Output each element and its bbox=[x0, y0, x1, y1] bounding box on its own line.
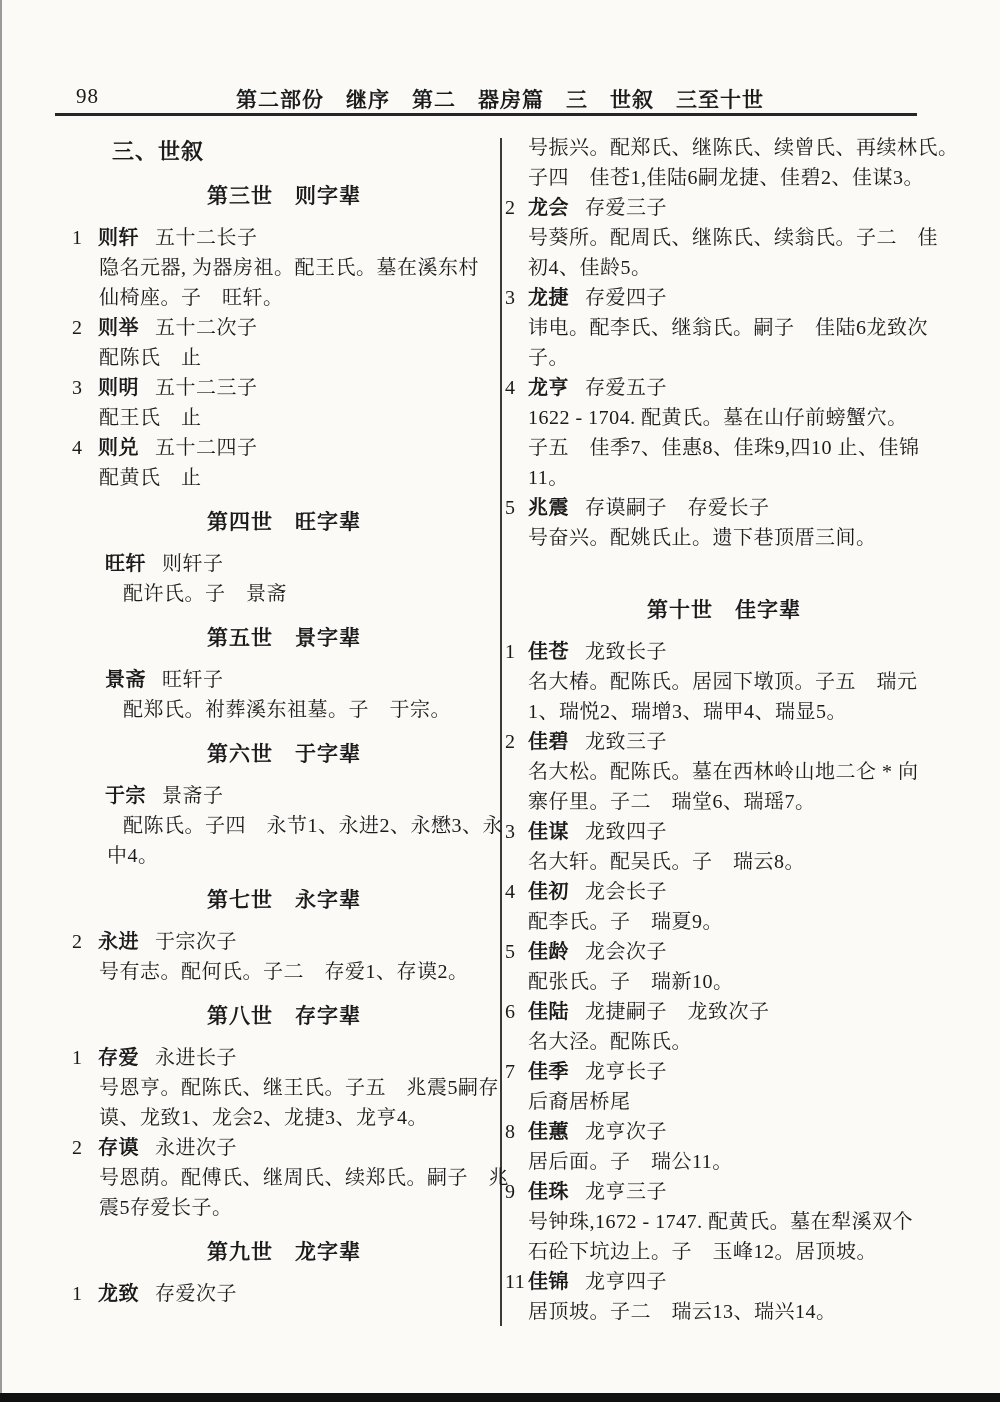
entry-relation: 五十二三子 bbox=[155, 377, 258, 399]
detail-line: 名大轩。配吴氏。子 瑞云8。 bbox=[505, 847, 943, 877]
detail-line: 初4、佳龄5。 bbox=[505, 253, 943, 283]
page-header: 第二部份 继序 第二 器房篇 三 世叙 三至十世 bbox=[0, 84, 1000, 114]
entry-name: 则兑 bbox=[98, 437, 139, 459]
detail-line: 中4。 bbox=[72, 841, 496, 871]
entry-name: 龙亨 bbox=[528, 377, 569, 399]
entry-number: 5 bbox=[505, 937, 528, 967]
entry-name: 则明 bbox=[98, 377, 139, 399]
generation-heading: 第六世 于字辈 bbox=[72, 739, 496, 769]
detail-line: 配陈氏。子四 永节1、永进2、永懋3、永 bbox=[72, 811, 496, 841]
entry-relation: 存爱三子 bbox=[585, 197, 667, 219]
scanned-genealogy-page: 98 第二部份 继序 第二 器房篇 三 世叙 三至十世 三、世叙第三世 则字辈1… bbox=[0, 0, 1000, 1402]
right-column: 号振兴。配郑氏、继陈氏、续曾氏、再续林氏。子四 佳苍1,佳陆6嗣龙捷、佳碧2、佳… bbox=[505, 133, 943, 1327]
entry-relation: 永进次子 bbox=[155, 1137, 237, 1159]
generation-heading: 第八世 存字辈 bbox=[72, 1001, 496, 1031]
entry-line: 7佳季龙亨长子 bbox=[505, 1057, 943, 1087]
detail-line: 子五 佳季7、佳惠8、佳珠9,四10 止、佳锦 bbox=[505, 433, 943, 463]
entry-number: 8 bbox=[505, 1117, 528, 1147]
scan-edge-artifact-left bbox=[0, 0, 2, 1402]
entry-line: 2龙会存爱三子 bbox=[505, 193, 943, 223]
section-title: 三、世叙 bbox=[72, 137, 496, 167]
detail-line: 子。 bbox=[505, 343, 943, 373]
detail-line: 号钟珠,1672 - 1747. 配黄氏。墓在犁溪双个 bbox=[505, 1207, 943, 1237]
entry-name: 则轩 bbox=[98, 227, 139, 249]
entry-name: 旺轩 bbox=[105, 553, 146, 575]
entry-name: 龙致 bbox=[98, 1283, 139, 1305]
entry-relation: 景斋子 bbox=[162, 785, 224, 807]
entry-line: 9佳珠龙亨三子 bbox=[505, 1177, 943, 1207]
generation-heading: 第三世 则字辈 bbox=[72, 181, 496, 211]
detail-line: 配李氏。子 瑞夏9。 bbox=[505, 907, 943, 937]
detail-line: 隐名元器, 为器房祖。配王氏。墓在溪东村 bbox=[72, 253, 496, 283]
entry-line: 3龙捷存爱四子 bbox=[505, 283, 943, 313]
entry-number: 2 bbox=[72, 1133, 98, 1163]
entry-line: 景斋旺轩子 bbox=[72, 665, 496, 695]
entry-relation: 则轩子 bbox=[162, 553, 224, 575]
generation-heading: 第九世 龙字辈 bbox=[72, 1237, 496, 1267]
entry-line: 2永进于宗次子 bbox=[72, 927, 496, 957]
entry-number: 4 bbox=[72, 433, 98, 463]
entry-name: 永进 bbox=[98, 931, 139, 953]
entry-relation: 五十二长子 bbox=[155, 227, 258, 249]
entry-line: 3佳谋龙致四子 bbox=[505, 817, 943, 847]
entry-number: 3 bbox=[505, 283, 528, 313]
entry-relation: 龙致长子 bbox=[585, 641, 667, 663]
generation-heading: 第四世 旺字辈 bbox=[72, 507, 496, 537]
entry-line: 4龙亨存爱五子 bbox=[505, 373, 943, 403]
entry-line: 2则举五十二次子 bbox=[72, 313, 496, 343]
detail-line: 号恩荫。配傅氏、继周氏、续郑氏。嗣子 兆 bbox=[72, 1163, 496, 1193]
detail-line: 名大椿。配陈氏。居园下墩顶。子五 瑞元 bbox=[505, 667, 943, 697]
entry-number: 7 bbox=[505, 1057, 528, 1087]
detail-line: 号奋兴。配姚氏止。遗下巷顶厝三间。 bbox=[505, 523, 943, 553]
scan-edge-artifact-bottom bbox=[0, 1393, 1000, 1402]
detail-line: 名大泾。配陈氏。 bbox=[505, 1027, 943, 1057]
detail-line: 配陈氏 止 bbox=[72, 343, 496, 373]
entry-number: 3 bbox=[72, 373, 98, 403]
detail-line: 居顶坡。子二 瑞云13、瑞兴14。 bbox=[505, 1297, 943, 1327]
entry-name: 佳碧 bbox=[528, 731, 569, 753]
entry-number: 5 bbox=[505, 493, 528, 523]
detail-line: 震5存爱长子。 bbox=[72, 1193, 496, 1223]
entry-number: 4 bbox=[505, 373, 528, 403]
detail-line: 号恩亨。配陈氏、继王氏。子五 兆震5嗣存 bbox=[72, 1073, 496, 1103]
detail-line: 配许氏。子 景斋 bbox=[72, 579, 496, 609]
entry-name: 兆震 bbox=[528, 497, 569, 519]
entry-name: 存爱 bbox=[98, 1047, 139, 1069]
entry-line: 5兆震存谟嗣子 存爱长子 bbox=[505, 493, 943, 523]
detail-line: 后裔居桥尾 bbox=[505, 1087, 943, 1117]
detail-line: 谟、龙致1、龙会2、龙捷3、龙亨4。 bbox=[72, 1103, 496, 1133]
entry-number: 4 bbox=[505, 877, 528, 907]
detail-line: 寨仔里。子二 瑞堂6、瑞瑶7。 bbox=[505, 787, 943, 817]
entry-line: 8佳蕙龙亨次子 bbox=[505, 1117, 943, 1147]
entry-number: 1 bbox=[505, 637, 528, 667]
entry-relation: 龙亨三子 bbox=[585, 1181, 667, 1203]
entry-relation: 龙会长子 bbox=[585, 881, 667, 903]
detail-line: 号有志。配何氏。子二 存爱1、存谟2。 bbox=[72, 957, 496, 987]
entry-relation: 存爱四子 bbox=[585, 287, 667, 309]
entry-line: 11佳锦龙亨四子 bbox=[505, 1267, 943, 1297]
detail-line: 配黄氏 止 bbox=[72, 463, 496, 493]
detail-line: 子四 佳苍1,佳陆6嗣龙捷、佳碧2、佳谋3。 bbox=[505, 163, 943, 193]
entry-line: 2佳碧龙致三子 bbox=[505, 727, 943, 757]
entry-relation: 龙会次子 bbox=[585, 941, 667, 963]
entry-number: 2 bbox=[72, 927, 98, 957]
generation-heading: 第五世 景字辈 bbox=[72, 623, 496, 653]
entry-relation: 存爱次子 bbox=[155, 1283, 237, 1305]
detail-line: 仙椅座。子 旺轩。 bbox=[72, 283, 496, 313]
entry-number: 3 bbox=[505, 817, 528, 847]
entry-line: 4则兑五十二四子 bbox=[72, 433, 496, 463]
entry-name: 佳珠 bbox=[528, 1181, 569, 1203]
detail-line: 配张氏。子 瑞新10。 bbox=[505, 967, 943, 997]
entry-relation: 五十二四子 bbox=[155, 437, 258, 459]
entry-number: 1 bbox=[72, 223, 98, 253]
entry-name: 佳蕙 bbox=[528, 1121, 569, 1143]
entry-relation: 永进长子 bbox=[155, 1047, 237, 1069]
entry-relation: 龙亨长子 bbox=[585, 1061, 667, 1083]
entry-line: 2存谟永进次子 bbox=[72, 1133, 496, 1163]
entry-line: 1则轩五十二长子 bbox=[72, 223, 496, 253]
entry-line: 3则明五十二三子 bbox=[72, 373, 496, 403]
entry-line: 于宗景斋子 bbox=[72, 781, 496, 811]
detail-line: 配郑氏。祔葬溪东祖墓。子 于宗。 bbox=[72, 695, 496, 725]
entry-relation: 龙亨四子 bbox=[585, 1271, 667, 1293]
detail-line: 1622 - 1704. 配黄氏。墓在山仔前螃蟹穴。 bbox=[505, 403, 943, 433]
left-column: 三、世叙第三世 则字辈1则轩五十二长子隐名元器, 为器房祖。配王氏。墓在溪东村仙… bbox=[72, 137, 496, 1309]
entry-line: 6佳陆龙捷嗣子 龙致次子 bbox=[505, 997, 943, 1027]
entry-line: 1龙致存爱次子 bbox=[72, 1279, 496, 1309]
entry-line: 旺轩则轩子 bbox=[72, 549, 496, 579]
entry-name: 存谟 bbox=[98, 1137, 139, 1159]
entry-name: 佳龄 bbox=[528, 941, 569, 963]
entry-relation: 存爱五子 bbox=[585, 377, 667, 399]
entry-number: 6 bbox=[505, 997, 528, 1027]
entry-name: 佳苍 bbox=[528, 641, 569, 663]
detail-line: 11。 bbox=[505, 463, 943, 493]
entry-line: 1佳苍龙致长子 bbox=[505, 637, 943, 667]
detail-line: 讳电。配李氏、继翁氏。嗣子 佳陆6龙致次 bbox=[505, 313, 943, 343]
generation-heading: 第十世 佳字辈 bbox=[505, 595, 943, 625]
entry-number: 9 bbox=[505, 1177, 528, 1207]
entry-name: 则举 bbox=[98, 317, 139, 339]
entry-name: 龙会 bbox=[528, 197, 569, 219]
entry-number: 1 bbox=[72, 1043, 98, 1073]
entry-line: 1存爱永进长子 bbox=[72, 1043, 496, 1073]
entry-number: 11 bbox=[505, 1267, 528, 1297]
entry-relation: 龙捷嗣子 龙致次子 bbox=[585, 1001, 770, 1023]
detail-line: 居后面。子 瑞公11。 bbox=[505, 1147, 943, 1177]
entry-number: 2 bbox=[72, 313, 98, 343]
entry-number: 2 bbox=[505, 193, 528, 223]
entry-name: 佳谋 bbox=[528, 821, 569, 843]
header-rule bbox=[55, 113, 917, 116]
entry-line: 4佳初龙会长子 bbox=[505, 877, 943, 907]
entry-relation: 龙亨次子 bbox=[585, 1121, 667, 1143]
entry-relation: 龙致四子 bbox=[585, 821, 667, 843]
detail-line: 1、瑞悦2、瑞增3、瑞甲4、瑞显5。 bbox=[505, 697, 943, 727]
generation-heading: 第七世 永字辈 bbox=[72, 885, 496, 915]
entry-relation: 龙致三子 bbox=[585, 731, 667, 753]
entry-relation: 存谟嗣子 存爱长子 bbox=[585, 497, 770, 519]
entry-number: 1 bbox=[72, 1279, 98, 1309]
entry-line: 5佳龄龙会次子 bbox=[505, 937, 943, 967]
entry-relation: 于宗次子 bbox=[155, 931, 237, 953]
entry-relation: 五十二次子 bbox=[155, 317, 258, 339]
detail-line: 配王氏 止 bbox=[72, 403, 496, 433]
detail-line: 号葵所。配周氏、继陈氏、续翁氏。子二 佳 bbox=[505, 223, 943, 253]
detail-line: 石砼下坑边上。子 玉峰12。居顶坡。 bbox=[505, 1237, 943, 1267]
entry-name: 景斋 bbox=[105, 669, 146, 691]
entry-name: 佳季 bbox=[528, 1061, 569, 1083]
entry-name: 龙捷 bbox=[528, 287, 569, 309]
detail-line: 号振兴。配郑氏、继陈氏、续曾氏、再续林氏。 bbox=[505, 133, 943, 163]
entry-number: 2 bbox=[505, 727, 528, 757]
entry-name: 于宗 bbox=[105, 785, 146, 807]
entry-relation: 旺轩子 bbox=[162, 669, 224, 691]
entry-name: 佳锦 bbox=[528, 1271, 569, 1293]
detail-line: 名大松。配陈氏。墓在西林岭山地二仑 * 向 bbox=[505, 757, 943, 787]
entry-name: 佳陆 bbox=[528, 1001, 569, 1023]
column-divider bbox=[500, 138, 502, 1326]
entry-name: 佳初 bbox=[528, 881, 569, 903]
